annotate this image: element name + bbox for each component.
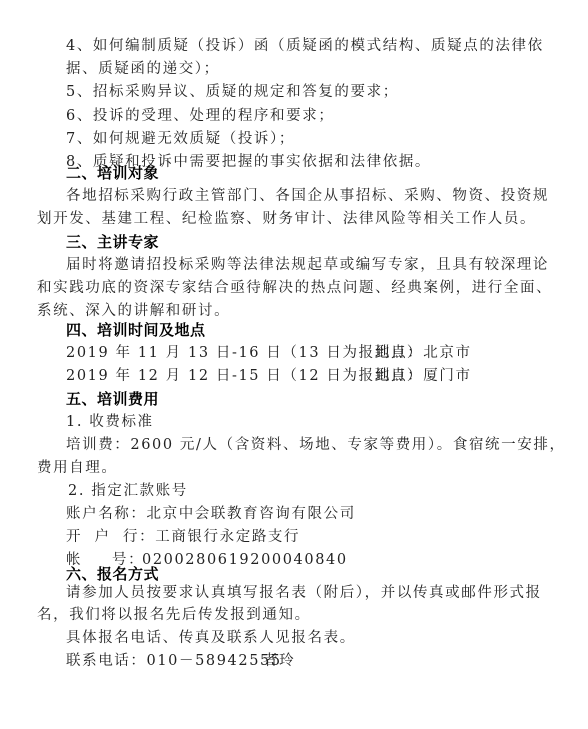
fee-subheading: 1. 收费标准 <box>66 412 154 432</box>
session-location: 地点：厦门市 <box>375 366 472 386</box>
list-item: 5、招标采购异议、质疑的规定和答复的要求； <box>66 82 399 102</box>
paragraph-line: 名，我们将以报名先后传发报到通知。 <box>37 605 311 625</box>
section-heading-experts: 三、主讲专家 <box>66 232 159 252</box>
account-name: 账户名称：北京中会联教育咨询有限公司 <box>66 504 356 524</box>
account-subheading: 2. 指定汇款账号 <box>68 481 188 501</box>
paragraph-line: 培训费：2600 元/人（含资料、场地、专家等费用）。食宿统一安排， <box>66 435 566 455</box>
paragraph-line: 划开发、基建工程、纪检监察、财务审计、法律风险等相关工作人员。 <box>37 209 536 229</box>
paragraph-line: 届时将邀请招投标采购等法律法规起草或编写专家，且具有较深理论 <box>66 255 549 275</box>
session-date: 2019 年 12 月 12 日-15 日（12 日为报到日） <box>66 366 423 386</box>
section-heading-registration: 六、报名方式 <box>66 564 159 584</box>
paragraph-line: 费用自理。 <box>37 458 118 478</box>
session-date: 2019 年 11 月 13 日-16 日（13 日为报到日） <box>66 343 423 363</box>
bank-name: 开 户 行：工商银行永定路支行 <box>66 527 300 547</box>
session-location: 地点：北京市 <box>375 343 472 363</box>
list-item: 6、投诉的受理、处理的程序和要求； <box>66 106 334 126</box>
list-item-continuation: 据、质疑函的递交）； <box>66 59 220 79</box>
list-item: 7、如何规避无效质疑（投诉）； <box>66 129 295 149</box>
paragraph-line: 系统、深入的讲解和研讨。 <box>37 301 230 321</box>
section-heading-audience: 二、培训对象 <box>66 163 159 183</box>
section-heading-fees: 五、培训费用 <box>66 389 159 409</box>
contact-person: 者玲 <box>263 651 295 671</box>
contact-phone: 联系电话：010－58942555 <box>66 651 282 671</box>
account-number: 0200280619200040840 <box>142 550 348 570</box>
document-page: 4、如何编制质疑（投诉）函（质疑函的模式结构、质疑点的法律依 据、质疑函的递交）… <box>0 0 588 729</box>
list-item: 4、如何编制质疑（投诉）函（质疑函的模式结构、质疑点的法律依 <box>66 36 544 56</box>
paragraph-line: 请参加人员按要求认真填写报名表（附后），并以传真或邮件形式报 <box>66 583 542 603</box>
paragraph-line: 具体报名电话、传真及联系人见报名表。 <box>66 628 356 648</box>
section-heading-time-location: 四、培训时间及地点 <box>66 320 206 340</box>
paragraph-line: 各地招标采购行政主管部门、各国企从事招标、采购、物资、投资规 <box>66 186 549 206</box>
paragraph-line: 和实践功底的资深专家结合亟待解决的热点问题、经典案例，进行全面、 <box>37 278 552 298</box>
